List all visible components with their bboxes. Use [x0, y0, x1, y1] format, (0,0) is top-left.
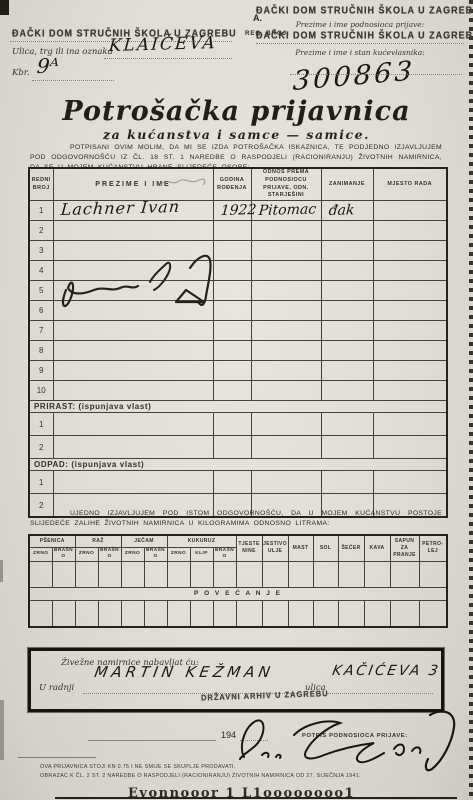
group-psenica: PŠENICA [29, 535, 75, 547]
empty-cell [144, 600, 167, 627]
empty-cell [251, 221, 321, 241]
stamp-line [256, 43, 464, 44]
col-header-redni-broj: REDNI BROJ [29, 168, 53, 201]
declaration-paragraph-2: UJEDNO IZJAVLJUJEM POD ISTOM ODGOVORNOŠĆ… [30, 509, 442, 529]
empty-cell [373, 221, 447, 241]
empty-cell [262, 600, 288, 627]
empty-cell [213, 436, 251, 459]
persons-table: REDNI BROJ PREZIME I IME GODINA ROĐENJA … [28, 167, 448, 518]
empty-cell [251, 381, 321, 401]
empty-cell [236, 561, 262, 587]
empty-cell [321, 281, 373, 301]
empty-cell [373, 341, 447, 361]
empty-cell [373, 381, 447, 401]
empty-cell [321, 471, 373, 494]
empty-cell [53, 321, 213, 341]
shop-handwritten-value: MARTIN KEŽMAN [93, 663, 275, 681]
col-mast: MAST [288, 535, 313, 561]
purchase-box: Živežne namirnice nabavljat ću: U radnji… [28, 648, 444, 712]
empty-cell [321, 341, 373, 361]
empty-cell [121, 561, 144, 587]
school-stamp-right-2: ĐAČKI DOM STRUČNIH ŠKOLA U ZAGREBU [256, 29, 473, 40]
pencil-scribble [159, 175, 209, 189]
ulica-handwritten-value: KAČIĆEVA 3 [331, 663, 442, 679]
street-line [104, 58, 232, 59]
sub-raz-brasno: BRAŠNO [98, 547, 121, 561]
empty-cell [321, 261, 373, 281]
empty-cell [121, 600, 144, 627]
empty-cell [373, 321, 447, 341]
empty-cell [236, 600, 262, 627]
col-header-odnos: ODNOS PREMA PODNOSIOCU PRIJAVE, ODN. STA… [251, 168, 321, 201]
col-header-zanimanje: ZANIMANJE [321, 168, 373, 201]
empty-cell [190, 561, 213, 587]
empty-cell [364, 561, 390, 587]
applicant-label: Prezime i ime podnosioca prijave: [256, 20, 464, 29]
row-number: 8 [29, 341, 53, 361]
empty-cell [373, 281, 447, 301]
col-jestivo-ulje: JESTIVO ULJE [262, 535, 288, 561]
prirast-band-row: PRIRAST: (ispunjava vlast) [29, 401, 447, 413]
row-number: 10 [29, 381, 53, 401]
empty-cell [338, 561, 364, 587]
sub-jecam-brasno: BRAŠNO [144, 547, 167, 561]
row-number: 9 [29, 361, 53, 381]
school-stamp-right-1: ĐAČKI DOM STRUČNIH ŠKOLA U ZAGREBU [256, 4, 473, 15]
empty-cell [373, 261, 447, 281]
person-row-8: 8 [29, 341, 447, 361]
sub-jecam-zrno: ZRNO [121, 547, 144, 561]
scan-edge-mark [0, 560, 3, 582]
supplies-value-row-2 [29, 600, 447, 627]
empty-cell [373, 361, 447, 381]
empty-cell [251, 241, 321, 261]
col-tjestenine: TJESTENINE [236, 535, 262, 561]
prirast-row-2: 2 [29, 436, 447, 459]
person-row-9: 9 [29, 361, 447, 381]
supplies-group-header-row: PŠENICA RAŽ JEČAM KUKURUZ TJESTENINE JES… [29, 535, 447, 547]
empty-cell [321, 301, 373, 321]
empty-cell [213, 381, 251, 401]
empty-cell [364, 600, 390, 627]
col-header-mjesto-rada: MJESTO RADA [373, 168, 447, 201]
empty-cell [288, 600, 313, 627]
empty-cell [167, 561, 190, 587]
ulica-line [327, 693, 433, 694]
empty-cell [251, 261, 321, 281]
col-kava: KAVA [364, 535, 390, 561]
landlord-label: Prezime i ime i stan kućevlasnika: [256, 48, 464, 57]
empty-cell [53, 221, 213, 241]
empty-cell [373, 413, 447, 436]
row-number: 2 [29, 436, 53, 459]
empty-cell [419, 561, 447, 587]
odpad-label: ODPAD: (ispunjava vlast) [29, 459, 447, 471]
empty-cell [373, 241, 447, 261]
supplies-table: PŠENICA RAŽ JEČAM KUKURUZ TJESTENINE JES… [28, 534, 448, 628]
empty-cell [53, 381, 213, 401]
empty-cell [321, 436, 373, 459]
empty-cell [321, 381, 373, 401]
persons-table-header-row: REDNI BROJ PREZIME I IME GODINA ROĐENJA … [29, 168, 447, 201]
empty-cell [313, 600, 338, 627]
empty-cell [213, 221, 251, 241]
empty-cell [390, 600, 419, 627]
empty-cell [52, 561, 75, 587]
fineprint-note-2: OBRAZAC K ČL. 2 ST. 2 NAREDBE O RASPODJE… [40, 773, 361, 779]
archive-stamp: DRŽAVNI ARHIV U ZAGREBU [201, 688, 329, 702]
empty-cell [251, 471, 321, 494]
empty-cell [98, 561, 121, 587]
kbr-handwritten-value: 9ᴬ [36, 53, 60, 78]
empty-cell [53, 471, 213, 494]
empty-cell [213, 471, 251, 494]
sub-psenica-brasno: BRAŠNO [52, 547, 75, 561]
empty-cell [53, 341, 213, 361]
group-kukuruz: KUKURUZ [167, 535, 236, 547]
scanned-form-page: ĐAČKI DOM STRUČNIH ŠKOLA U ZAGREBU Ulica… [0, 0, 473, 800]
street-handwritten-value: KLAIĆEVA [108, 33, 218, 56]
street-label: Ulica, trg ili ina oznaka [12, 47, 113, 57]
row-number: 7 [29, 321, 53, 341]
col-sol: SOL [313, 535, 338, 561]
handwritten-relation: Pitomac [258, 202, 317, 219]
group-jecam: JEČAM [121, 535, 167, 547]
empty-cell [144, 561, 167, 587]
row-number: 5 [29, 281, 53, 301]
empty-cell [190, 600, 213, 627]
scan-corner-mark [0, 0, 9, 15]
empty-cell [373, 436, 447, 459]
empty-cell [53, 436, 213, 459]
handwritten-name: Lachner Ivan [60, 197, 181, 219]
empty-cell [213, 341, 251, 361]
person-occupation-cell: đak [321, 201, 373, 221]
empty-cell [251, 281, 321, 301]
fineprint-rule [18, 757, 96, 758]
applicant-signature [232, 705, 462, 775]
col-sapun: SAPUN ZA PRANJE [390, 535, 419, 561]
empty-cell [390, 561, 419, 587]
person-name-cell: Lachner Ivan [53, 201, 213, 221]
sub-kukuruz-klip: KLIP [190, 547, 213, 561]
sub-raz-zrno: ZRNO [75, 547, 98, 561]
empty-cell [321, 361, 373, 381]
sub-psenica-zrno: ZRNO [29, 547, 52, 561]
empty-cell [251, 413, 321, 436]
empty-cell [167, 600, 190, 627]
empty-cell [251, 321, 321, 341]
empty-cell [53, 413, 213, 436]
odpad-band-row: ODPAD: (ispunjava vlast) [29, 459, 447, 471]
col-header-prezime-ime: PREZIME I IME [53, 168, 213, 201]
empty-cell [75, 600, 98, 627]
declaration-paragraph-2-text: UJEDNO IZJAVLJUJEM POD ISTOM ODGOVORNOŠĆ… [30, 510, 442, 527]
empty-cell [213, 361, 251, 381]
empty-cell [251, 341, 321, 361]
bottom-edge-line [55, 797, 457, 799]
form-title: Potrošačka prijavnica [0, 96, 473, 127]
empty-cell [373, 301, 447, 321]
empty-cell [251, 361, 321, 381]
empty-cell [288, 561, 313, 587]
person-row-1: 1 Lachner Ivan 1922 Pitomac đak [29, 201, 447, 221]
scan-edge-mark [0, 700, 4, 760]
row-number: 1 [29, 201, 53, 221]
empty-cell [52, 600, 75, 627]
ink-scribble-signature [58, 250, 248, 320]
col-petrolej: PETRO-LEJ [419, 535, 447, 561]
person-row-10: 10 [29, 381, 447, 401]
empty-cell [373, 471, 447, 494]
row-number: 2 [29, 221, 53, 241]
prirast-label: PRIRAST: (ispunjava vlast) [29, 401, 447, 413]
col-secer: ŠEĆER [338, 535, 364, 561]
form-subtitle: za kućanstva i samce — samice. [0, 127, 473, 142]
empty-cell [419, 600, 447, 627]
empty-cell [75, 561, 98, 587]
sub-kukuruz-zrno: ZRNO [167, 547, 190, 561]
date-line [88, 740, 216, 741]
odpad-row-1: 1 [29, 471, 447, 494]
empty-cell [321, 413, 373, 436]
row-number: 6 [29, 301, 53, 321]
povecanje-band-row: P O V E Ć A N J E [29, 587, 447, 600]
group-raz: RAŽ [75, 535, 121, 547]
person-year-cell: 1922 [213, 201, 251, 221]
empty-cell [53, 361, 213, 381]
empty-cell [213, 413, 251, 436]
person-workplace-cell [373, 201, 447, 221]
person-relation-cell: Pitomac [251, 201, 321, 221]
supplies-value-row-1 [29, 561, 447, 587]
empty-cell [29, 600, 52, 627]
empty-cell [213, 321, 251, 341]
empty-cell [251, 301, 321, 321]
row-number: 1 [29, 413, 53, 436]
row-number: 1 [29, 471, 53, 494]
empty-cell [321, 221, 373, 241]
empty-cell [321, 321, 373, 341]
row-number: 3 [29, 241, 53, 261]
empty-cell [251, 436, 321, 459]
blank-line [290, 74, 462, 75]
empty-cell [262, 561, 288, 587]
empty-cell [213, 600, 236, 627]
empty-cell [321, 241, 373, 261]
person-row-2: 2 [29, 221, 447, 241]
reg-broj-handwritten-value: 300863 [292, 56, 416, 97]
empty-cell [338, 600, 364, 627]
kbr-label: Kbr. [12, 68, 30, 78]
shop-label: U radnji [39, 683, 74, 693]
sub-kukuruz-brasno: BRAŠNO [213, 547, 236, 561]
empty-cell [98, 600, 121, 627]
person-row-7: 7 [29, 321, 447, 341]
col-header-godina: GODINA ROĐENJA [213, 168, 251, 201]
handwritten-occupation: đak [328, 203, 355, 220]
empty-cell [213, 561, 236, 587]
kbr-line [32, 80, 114, 81]
empty-cell [313, 561, 338, 587]
row-number: 4 [29, 261, 53, 281]
empty-cell [29, 561, 52, 587]
fineprint-note-1: OVA PRIJAVNICA STOJI KN 0.75 I NE SMIJE … [40, 764, 236, 770]
povecanje-label: P O V E Ć A N J E [29, 587, 447, 600]
prirast-row-1: 1 [29, 413, 447, 436]
